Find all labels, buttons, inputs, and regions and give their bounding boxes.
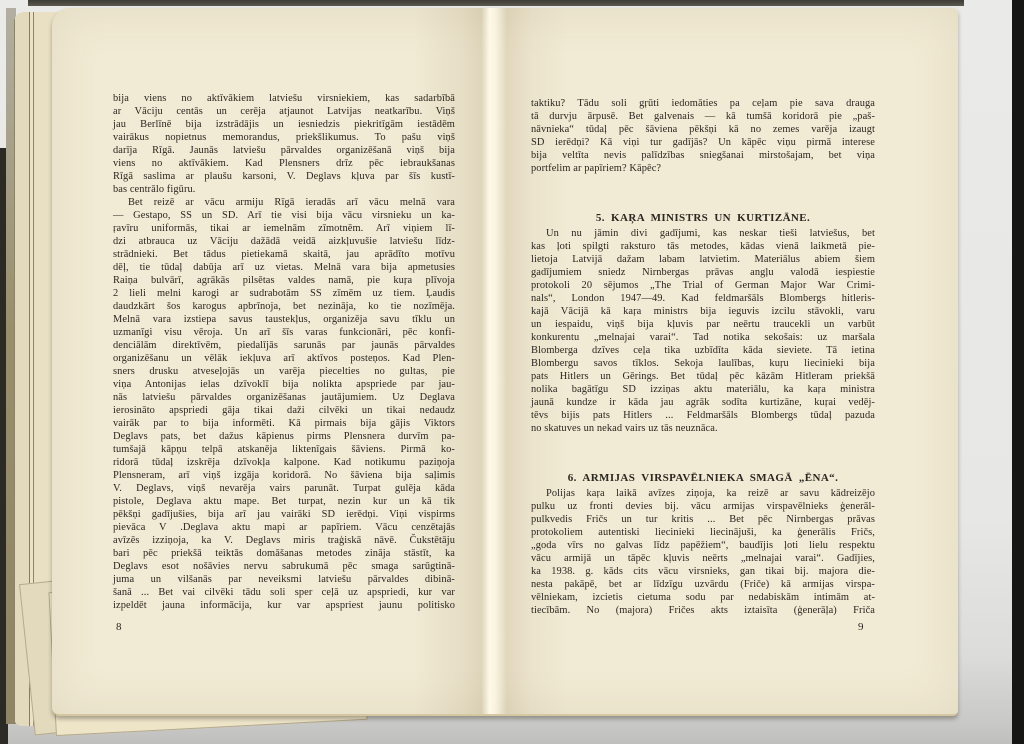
- text-line: tiecībām. No (majora) Fričes akts iztais…: [531, 604, 875, 617]
- text-line: tumšajā kāpņu telpā atskanēja liktenīgai…: [113, 443, 455, 456]
- text-line: vairāk par to bija informēti. Kā pirmais…: [113, 417, 455, 430]
- text-line: bari pēc priekšā teiktās domāšanas metod…: [113, 547, 455, 560]
- text-line: un iespaidu, viņš bija kļuvis par neērtu…: [531, 318, 875, 331]
- text-line: jau Berlīnē bija izstrādājis un iesniedz…: [113, 118, 455, 131]
- text-line: nals“, London 1947—49. Kad feldmaršāls B…: [531, 292, 875, 305]
- text-line: ridorā tūdaļ izskrēja dzīvokļa kalpone. …: [113, 456, 455, 469]
- text-line: avīzēs izziņoja, ka V. Deglavs miris tra…: [113, 534, 455, 547]
- page-number-left: 8: [116, 621, 122, 633]
- text-line: darīja Rīgā. Jaunās latviešu pārvaldes o…: [113, 144, 455, 157]
- text-line: 2 lieli melni karogi ar sudrabotām SS zī…: [113, 287, 455, 300]
- left-page-text-column: bija viens no aktīvākiem latviešu virsni…: [113, 92, 455, 612]
- text-line: kas ļoti spilgti raksturo tās metodes, k…: [531, 240, 875, 253]
- text-line: pēkšņi gadījušies, bija arī jau vairāki …: [113, 508, 455, 521]
- text-line: Deglavs esot nošāvies nervu sabrukumā pē…: [113, 560, 455, 573]
- text-line: — Gestapo, SS un SD. Arī tie visi bija v…: [113, 209, 455, 222]
- text-line: Deglavs pats, bet dažus kāpienus pirms P…: [113, 430, 455, 443]
- text-line: Blomberga dzīves ceļa tika uzbīdīta kāda…: [531, 344, 875, 357]
- text-line: jaunā kundze ir kāda jau agrāk sodīta ku…: [531, 396, 875, 409]
- text-line: Rīgā saslima ar plaušu karsoni, V. Degla…: [113, 170, 455, 183]
- text-line: bija viens no aktīvākiem latviešu virsni…: [113, 92, 455, 105]
- text-line: nās latviešu pārvaldes organizēšanas jau…: [113, 391, 455, 404]
- text-line: ar Vāciju centās un cerēja atjaunot Latv…: [113, 105, 455, 118]
- text-line: uzmanīgi visu vēroja. Un arī šīs varas f…: [113, 326, 455, 339]
- text-line: tēvs bijis pats Hitlers ... Feldmaršāls …: [531, 409, 875, 422]
- text-line: pistole, Deglava aktu mape. Bet turpat, …: [113, 495, 455, 508]
- paragraph: bija viens no aktīvākiem latviešu virsni…: [113, 92, 455, 196]
- right-page-text-column: taktiku? Tādu soli gŗūti iedomāties pa c…: [531, 97, 875, 617]
- text-line: konkurentu „melnajai varai“. Tad notika …: [531, 331, 875, 344]
- text-line: vācu armijā un tāpēc kļuvis neērts „meln…: [531, 552, 875, 565]
- paragraph: Un nu jāmin divi gadījumi, kas neskar ti…: [531, 227, 875, 435]
- text-line: juma un vilšanās par neveiksmi latviešu …: [113, 573, 455, 586]
- paragraph: taktiku? Tādu soli gŗūti iedomāties pa c…: [531, 97, 875, 175]
- section-heading: 5. KAŖA MINISTRS UN KURTIZĀNE.: [531, 211, 875, 225]
- text-line: bija veltīta nevis palīdzības sniegšanai…: [531, 149, 875, 162]
- text-line: nolika bagātīgu SD izziņas aktu materiāl…: [531, 383, 875, 396]
- text-line: strādnieki. Bet tādus pietiekamā skaitā,…: [113, 248, 455, 261]
- text-line: Un nu jāmin divi gadījumi, kas neskar ti…: [531, 227, 875, 240]
- text-line: portfelim ar papīriem? Kāpēc?: [531, 162, 875, 175]
- text-line: protokoliem autentiski liecinieki liecin…: [531, 526, 875, 539]
- text-line: dēļ, tie tūdaļ dabūja arī uz vietas. Mel…: [113, 261, 455, 274]
- book-spread: bija viens no aktīvākiem latviešu virsni…: [52, 8, 958, 716]
- text-line: Plensneram, arī viņš izgāja koridorā. No…: [113, 469, 455, 482]
- text-line: sners drusku atveseļojās un varēja piece…: [113, 365, 455, 378]
- text-line: bas centrālo figūru.: [113, 183, 455, 196]
- section-heading: 6. ARMIJAS VIRSPAVĒLNIEKA SMAGĀ „ĒNA“.: [531, 471, 875, 485]
- text-line: lietoja Latvijā dažam labam latvietim. M…: [531, 253, 875, 266]
- text-line: Bet reizē ar vācu armiju Rīgā ieradās ar…: [113, 196, 455, 209]
- text-line: dzi atbrauca uz Vāciju dažādā veidā aizk…: [113, 235, 455, 248]
- text-line: no skatuves un nekad vairs uz tās neuznā…: [531, 422, 875, 435]
- text-line: ŗavīru uniformās, tikai ar iemelnām zīmo…: [113, 222, 455, 235]
- photo-right-edge: [1012, 0, 1024, 744]
- text-line: ierosināto apspriedi gāja tikai daži cil…: [113, 404, 455, 417]
- text-line: izpeldēt jauna informācija, kur var apsp…: [113, 599, 455, 612]
- text-line: pulkvedis Fričs un tur kritis ... Bet pē…: [531, 513, 875, 526]
- text-line: Polijas kaŗa laikā avīzes ziņoja, ka rei…: [531, 487, 875, 500]
- text-line: pulku uz fronti devies bij. vācu armijas…: [531, 500, 875, 513]
- text-line: V. Deglavs, viņš nevarēja vairs parunāt.…: [113, 482, 455, 495]
- text-line: viens no aktīvākiem. Kad Plensners drīz …: [113, 157, 455, 170]
- text-line: pats Hitlers un Gērings. Bet tūdaļ pēc k…: [531, 370, 875, 383]
- text-line: vēlniekam, izcietis cietuma sodu par ned…: [531, 591, 875, 604]
- text-line: Blombergu savos tīklos. Sekoja laulības,…: [531, 357, 875, 370]
- text-line: organizēšanu un vēlāk iekļuva arī aktīvo…: [113, 352, 455, 365]
- text-line: denciālām direktīvēm, piedalījās sarunās…: [113, 339, 455, 352]
- text-line: tā durvju ārpusē. Bet galvenais — kā tum…: [531, 110, 875, 123]
- text-line: ka 1938. g. kāds cits vācu virsnieks, ga…: [531, 565, 875, 578]
- text-line: nāvnieka“ tūdaļ pēc šāviena pēkšņi kā no…: [531, 123, 875, 136]
- text-line: nesta pakāpē, bet ar līdzīgu uzvārdu (Fr…: [531, 578, 875, 591]
- text-line: vairākus nopietnus memorandus, priekšlik…: [113, 131, 455, 144]
- paragraph: Polijas kaŗa laikā avīzes ziņoja, ka rei…: [531, 487, 875, 617]
- text-line: SD ierēdņi? Kā viņi tur gadījās? Un kāpē…: [531, 136, 875, 149]
- text-line: protokoli 20 sējumos „The Trial of Germa…: [531, 279, 875, 292]
- text-line: pievāca V .Deglava aktu mapi ar papīriem…: [113, 521, 455, 534]
- text-line: šanā ... Bet vai cilvēki tādu soli sper …: [113, 586, 455, 599]
- photo-top-edge: [28, 0, 964, 6]
- page-number-right: 9: [858, 621, 864, 633]
- text-line: Raiņa bulvārī, agrākās pilsētas valdes n…: [113, 274, 455, 287]
- text-line: „goda vīrs no galvas līdz papēžiem“, bau…: [531, 539, 875, 552]
- paragraph: Bet reizē ar vācu armiju Rīgā ieradās ar…: [113, 196, 455, 612]
- text-line: gadījumiem sniedz Nirnbergas prāvas angļ…: [531, 266, 875, 279]
- text-line: kajā Vācijā kā kaŗa ministrs bija ieguvi…: [531, 305, 875, 318]
- text-line: viņa Antonijas ielas dzīvoklī bija nolik…: [113, 378, 455, 391]
- text-line: Melnā vara izstiepa savus taustekļus, or…: [113, 313, 455, 326]
- text-line: taktiku? Tādu soli gŗūti iedomāties pa c…: [531, 97, 875, 110]
- text-line: daudzkārt šos karogus apbrīnoja, bet nez…: [113, 300, 455, 313]
- scan-background: bija viens no aktīvākiem latviešu virsni…: [0, 0, 1024, 744]
